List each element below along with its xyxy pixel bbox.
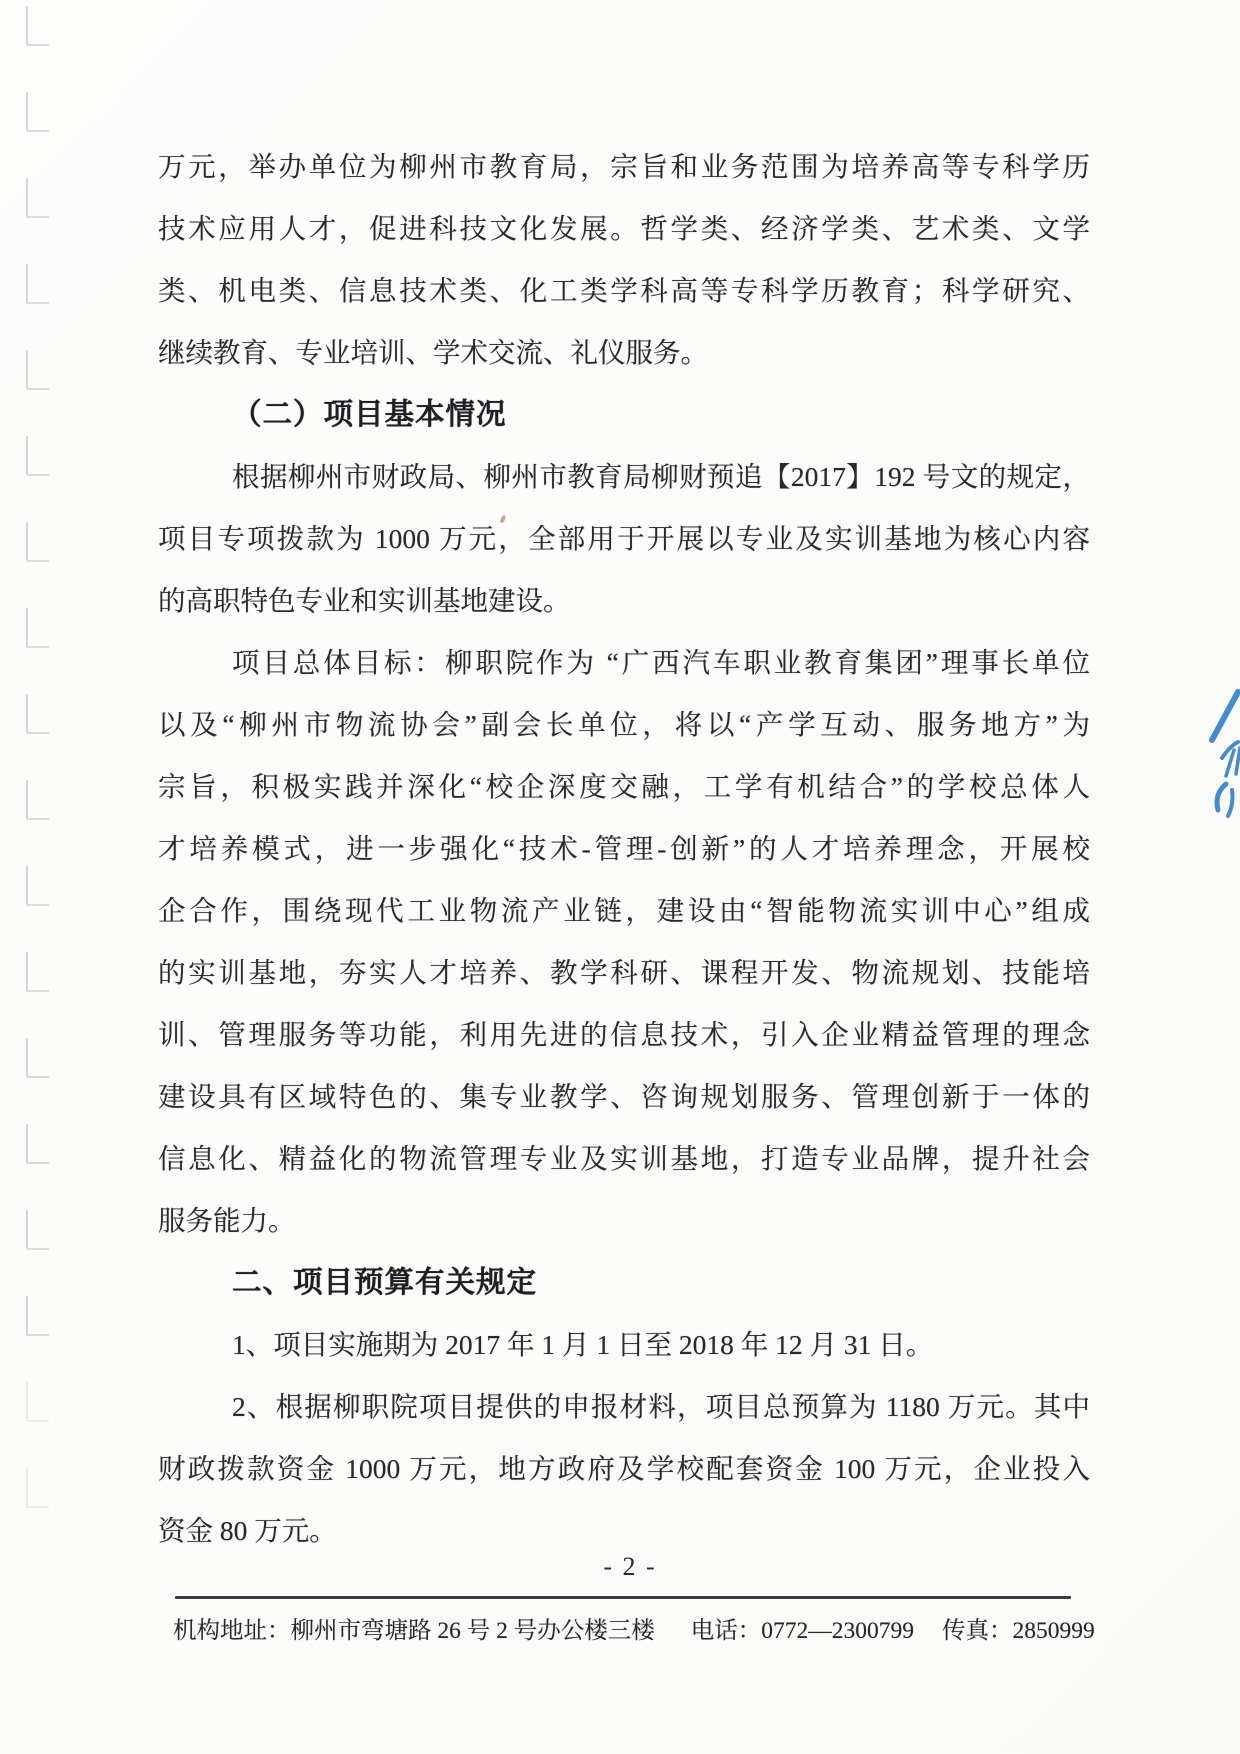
doc-line: 建设具有区域特色的、集专业教学、咨询规划服务、管理创新于一体的: [158, 1066, 1090, 1128]
footer-divider: [175, 1596, 1071, 1599]
doc-line: 根据柳州市财政局、柳州市教育局柳财预追【2017】192 号文的规定，: [158, 446, 1090, 508]
doc-line: 的实训基地，夯实人才培养、教学科研、课程开发、物流规划、技能培: [158, 942, 1090, 1004]
doc-line: 以及“柳州市物流协会”副会长单位，将以“产学互动、服务地方”为: [158, 694, 1090, 756]
doc-line: 信息化、精益化的物流管理专业及实训基地，打造专业品牌，提升社会: [158, 1128, 1090, 1190]
footer: 机构地址：柳州市弯塘路 26 号 2 号办公楼三楼电话：0772—2300799…: [173, 1611, 1073, 1651]
section-heading: （二）项目基本情况: [158, 384, 1090, 446]
footer-address: 柳州市弯塘路 26 号 2 号办公楼三楼: [291, 1618, 655, 1644]
binder-mark: [26, 6, 49, 46]
doc-line: 才培养模式，进一步强化“技术-管理-创新”的人才培养理念，开展校: [158, 818, 1090, 880]
footer-phone-label: 电话：: [691, 1618, 762, 1644]
binder-mark: [26, 264, 49, 304]
doc-line: 宗旨，积极实践并深化“校企深度交融，工学有机结合”的学校总体人: [158, 756, 1090, 818]
doc-line: 项目总体目标：柳职院作为 “广西汽车职业教育集团”理事长单位: [158, 632, 1090, 694]
footer-fax: 2850999: [1013, 1618, 1095, 1644]
document-body: 万元，举办单位为柳州市教育局，宗旨和业务范围为培养高等专科学历 技术应用人才，促…: [158, 136, 1090, 1562]
scanned-document-page: 万元，举办单位为柳州市教育局，宗旨和业务范围为培养高等专科学历 技术应用人才，促…: [0, 0, 1240, 1754]
doc-line: 财政拨款资金 1000 万元，地方政府及学校配套资金 100 万元，企业投入: [158, 1438, 1090, 1500]
binder-mark: [26, 694, 49, 734]
binder-mark: [26, 1124, 49, 1164]
blue-ink-annotation: [1208, 688, 1240, 820]
doc-line: 继续教育、专业培训、学术交流、礼仪服务。: [158, 322, 1090, 384]
binder-mark: [26, 350, 49, 390]
binder-mark: [26, 92, 49, 132]
doc-line: 项目专项拨款为 1000 万元，全部用于开展以专业及实训基地为核心内容: [158, 508, 1090, 570]
footer-phone: 0772—2300799: [761, 1618, 914, 1644]
doc-line: 企合作，围绕现代工业物流产业链，建设由“智能物流实训中心”组成: [158, 880, 1090, 942]
binder-mark: [26, 1468, 49, 1508]
binder-mark: [26, 780, 49, 820]
binder-mark: [26, 1382, 49, 1422]
doc-line: 技术应用人才，促进科技文化发展。哲学类、经济学类、艺术类、文学: [158, 198, 1090, 260]
binder-mark: [26, 866, 49, 906]
doc-line: 1、项目实施期为 2017 年 1 月 1 日至 2018 年 12 月 31 …: [158, 1314, 1090, 1376]
doc-line: 2、根据柳职院项目提供的申报材料，项目总预算为 1180 万元。其中: [158, 1376, 1090, 1438]
page-number: - 2 -: [555, 1552, 705, 1582]
doc-line: 万元，举办单位为柳州市教育局，宗旨和业务范围为培养高等专科学历: [158, 136, 1090, 198]
doc-line: 类、机电类、信息技术类、化工类学科高等专科学历教育；科学研究、: [158, 260, 1090, 322]
section-heading: 二、项目预算有关规定: [158, 1252, 1090, 1314]
binder-mark: [26, 952, 49, 992]
doc-line: 的高职特色专业和实训基地建设。: [158, 570, 1090, 632]
doc-line: 服务能力。: [158, 1190, 1090, 1252]
doc-line: 训、管理服务等功能，利用先进的信息技术，引入企业精益管理的理念: [158, 1004, 1090, 1066]
footer-fax-label: 传真：: [942, 1618, 1013, 1644]
binder-mark: [26, 1296, 49, 1336]
binder-mark: [26, 178, 49, 218]
footer-address-label: 机构地址：: [173, 1618, 291, 1644]
binder-mark: [26, 1038, 49, 1078]
binder-mark: [26, 1210, 49, 1250]
binder-mark: [26, 608, 49, 648]
binder-mark: [26, 522, 49, 562]
binder-mark: [26, 436, 49, 476]
